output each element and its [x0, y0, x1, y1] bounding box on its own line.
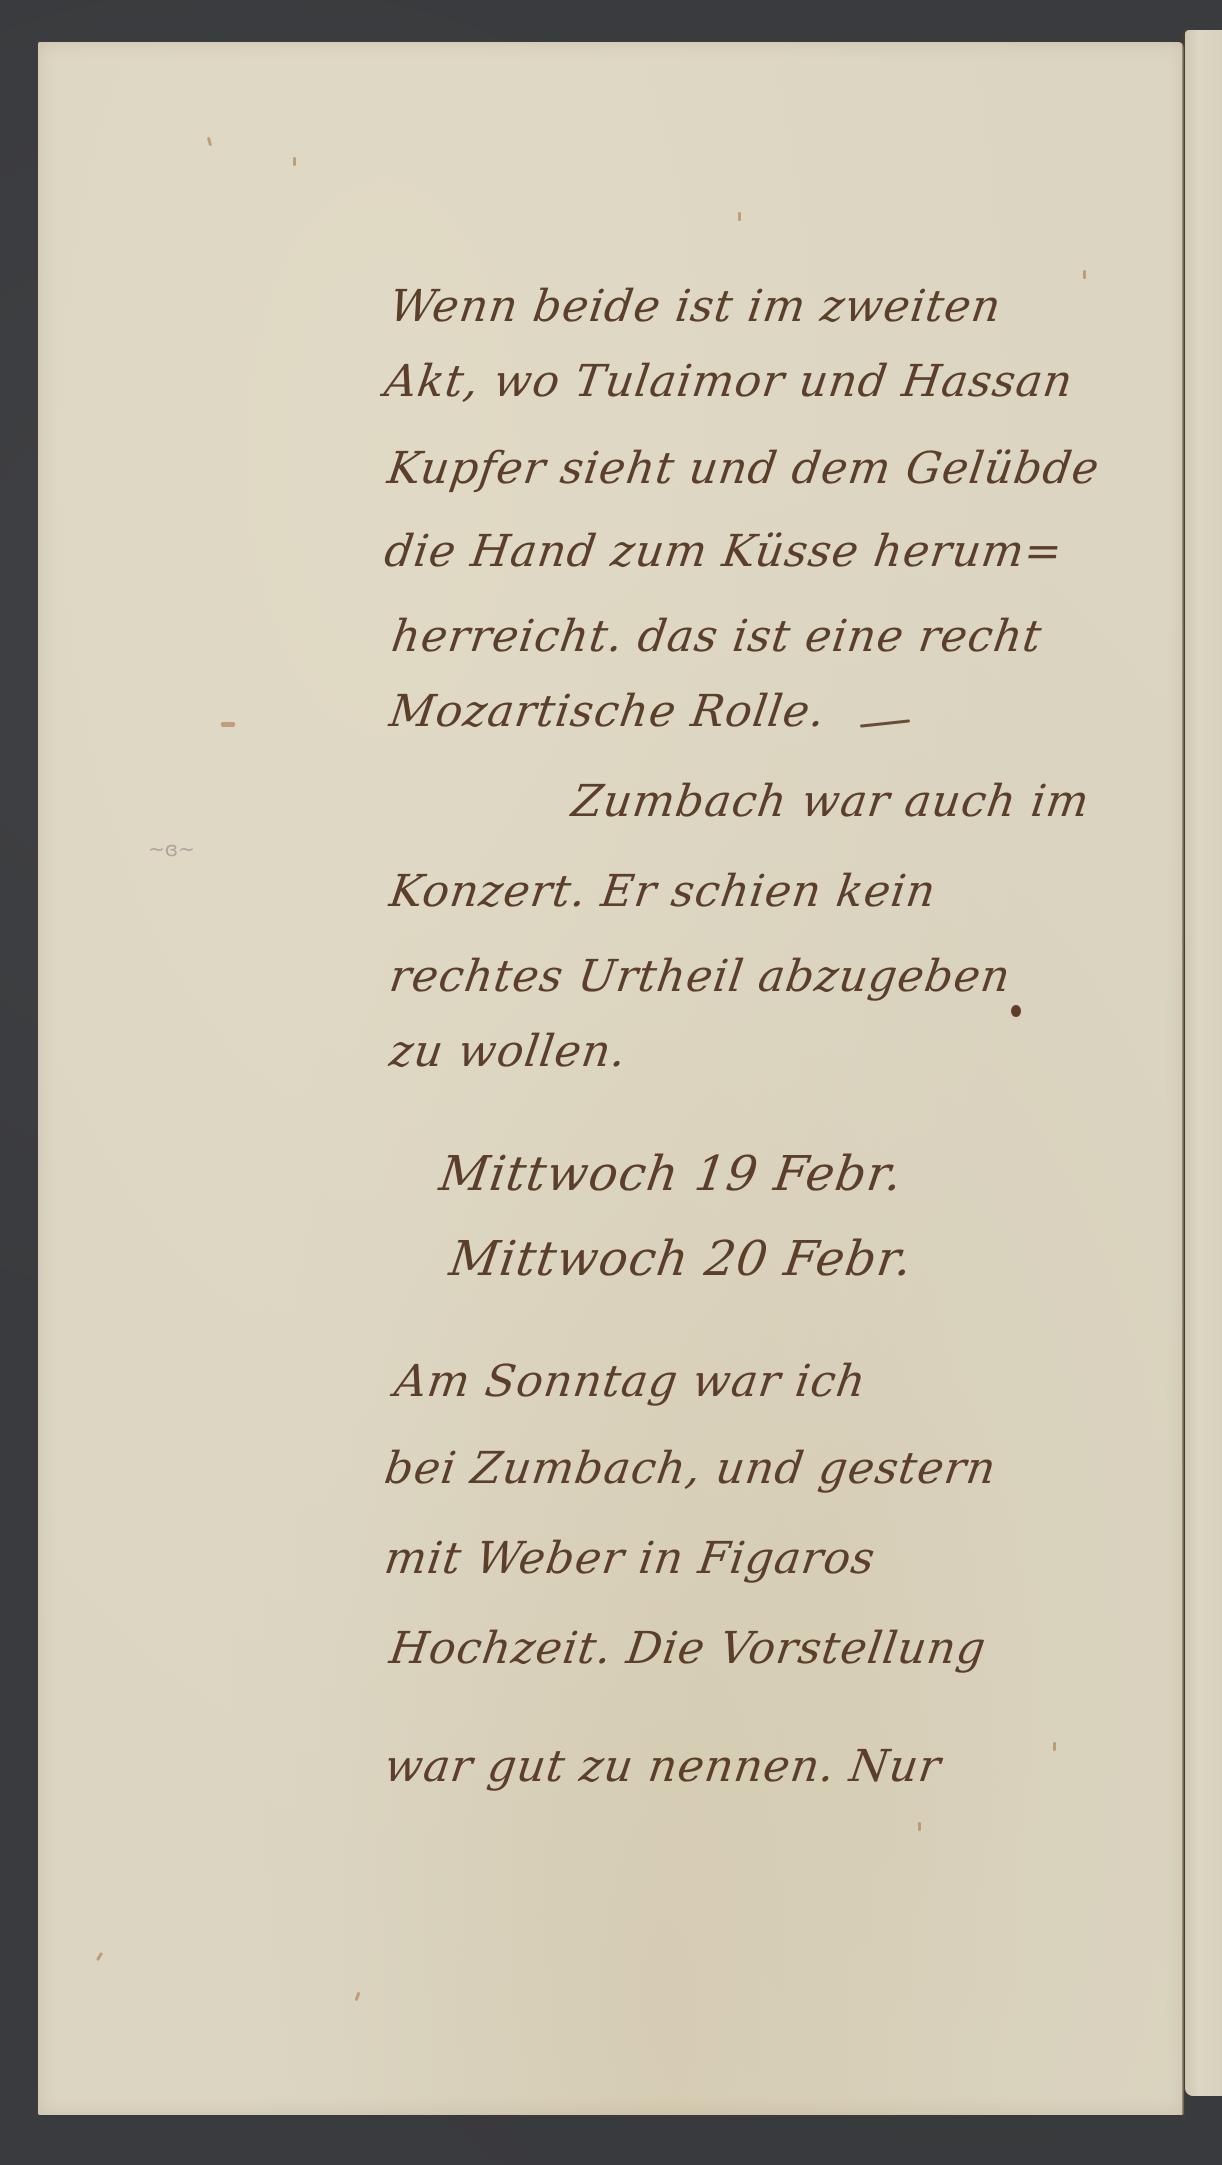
- manuscript-line-9: rechtes Urtheil abzugeben: [387, 955, 1013, 999]
- pencil-doodle: ~ɞ~: [148, 837, 195, 861]
- manuscript-line-3: Kupfer sieht und dem Gelübde: [385, 447, 1102, 491]
- paper-speck: [207, 137, 212, 146]
- ink-blot: [1011, 1005, 1021, 1017]
- paper-speck: [293, 157, 296, 166]
- manuscript-line-1: Wenn beide ist im zweiten: [387, 285, 1004, 329]
- manuscript-line-8: Konzert. Er schien kein: [387, 870, 939, 914]
- manuscript-line-17: war gut zu nennen. Nur: [382, 1745, 944, 1789]
- manuscript-line-10: zu wollen.: [387, 1030, 629, 1074]
- paper-speck: [738, 212, 741, 221]
- manuscript-line-7: Zumbach war auch im: [569, 780, 1092, 824]
- manuscript-line-13: Am Sonntag war ich: [392, 1360, 869, 1404]
- paper-speck: [918, 1822, 921, 1831]
- manuscript-line-14: bei Zumbach, und gestern: [382, 1447, 999, 1491]
- paper-speck: [1083, 270, 1086, 279]
- manuscript-date-heading-2: Mittwoch 20 Febr.: [447, 1235, 916, 1283]
- paper-speck: [355, 1992, 361, 2001]
- manuscript-page: ~ɞ~: [38, 42, 1184, 2115]
- binding-fold-line: [1182, 30, 1185, 2120]
- manuscript-line-5: herreicht. das ist eine recht: [389, 615, 1045, 659]
- manuscript-date-heading-1: Mittwoch 19 Febr.: [437, 1150, 906, 1198]
- paper-speck: [221, 722, 235, 727]
- manuscript-line-6: Mozartische Rolle.: [387, 690, 828, 734]
- manuscript-line-4: die Hand zum Küsse herum=: [382, 530, 1066, 574]
- paper-speck: [1053, 1742, 1056, 1751]
- manuscript-line-2: Akt, wo Tulaimor und Hassan: [382, 360, 1076, 404]
- paper-speck: [96, 1952, 103, 1961]
- facing-page-edge: [1185, 30, 1222, 2096]
- manuscript-line-16: Hochzeit. Die Vorstellung: [387, 1627, 989, 1671]
- manuscript-line-15: mit Weber in Figaros: [382, 1537, 878, 1581]
